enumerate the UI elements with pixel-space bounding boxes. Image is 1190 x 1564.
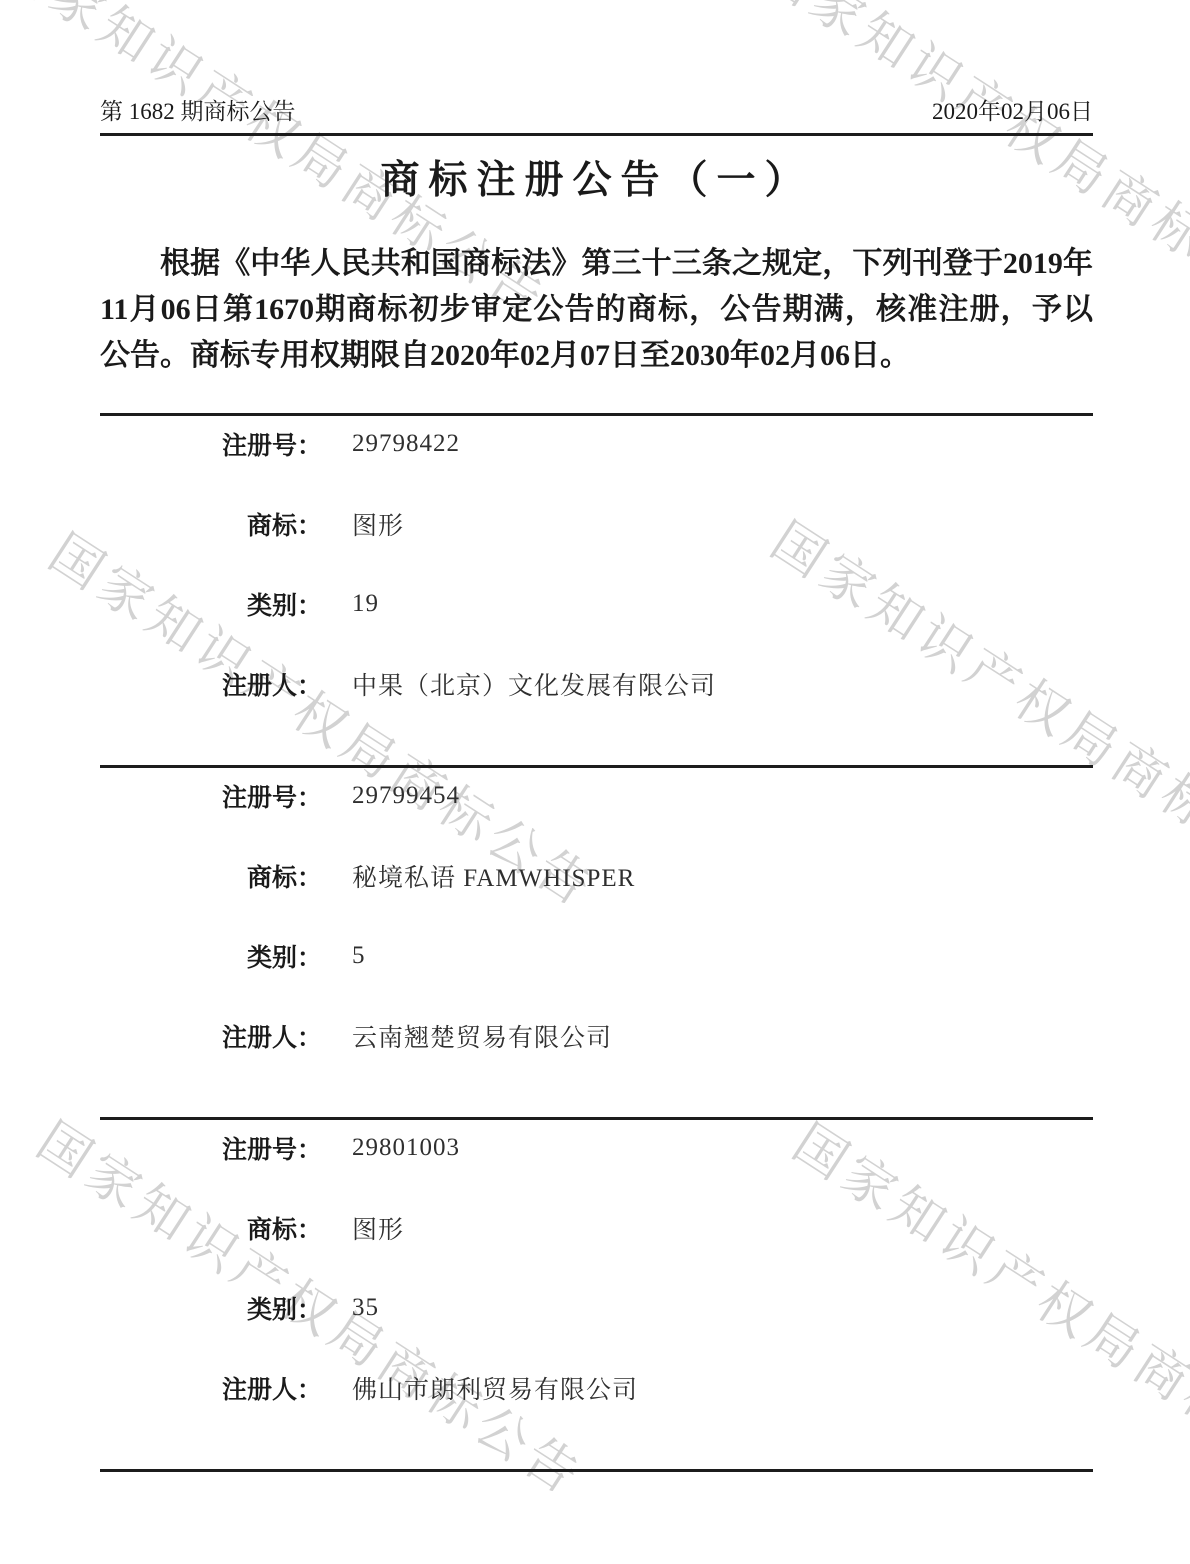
intro-paragraph: 根据《中华人民共和国商标法》第三十三条之规定，下列刊登于2019年 11月06日… bbox=[100, 241, 1093, 379]
field-row: 商标： 图形 bbox=[100, 1213, 1093, 1243]
field-label-mark: 商标： bbox=[100, 858, 322, 894]
registrant-value: 中果（北京）文化发展有限公司 bbox=[352, 666, 716, 702]
field-label-registrant: 注册人： bbox=[100, 1370, 322, 1406]
page-content: 第 1682 期商标公告 2020年02月06日 商标注册公告（一） 根据《中华… bbox=[0, 0, 1190, 1472]
trademark-name-value: 秘境私语 FAMWHISPER bbox=[352, 858, 635, 894]
registration-number-value: 29798422 bbox=[352, 430, 460, 458]
gazette-issue-label: 第 1682 期商标公告 bbox=[100, 99, 296, 125]
field-row: 注册号： 29801003 bbox=[100, 1133, 1093, 1163]
field-label-class: 类别： bbox=[100, 1290, 322, 1326]
gazette-page: { "page": { "background": "#ffffff", "te… bbox=[0, 0, 1190, 1564]
registration-number-value: 29799454 bbox=[352, 782, 460, 810]
registrant-value: 佛山市朗利贸易有限公司 bbox=[352, 1370, 638, 1406]
registration-number-value: 29801003 bbox=[352, 1134, 460, 1162]
field-row: 商标： 秘境私语 FAMWHISPER bbox=[100, 861, 1093, 891]
header-rule bbox=[100, 133, 1093, 136]
intro-line: 根据《中华人民共和国商标法》第三十三条之规定，下列刊登于2019年 bbox=[100, 241, 1093, 287]
field-label-mark: 商标： bbox=[100, 1210, 322, 1246]
field-row: 注册人： 中果（北京）文化发展有限公司 bbox=[100, 669, 1093, 699]
field-row: 类别： 5 bbox=[100, 941, 1093, 971]
records-list: 注册号： 29798422 商标： 图形 类别： 19 注册人： 中果（北京）文… bbox=[100, 413, 1093, 1472]
field-row: 类别： 19 bbox=[100, 589, 1093, 619]
intro-line: 11月06日第1670期商标初步审定公告的商标，公告期满，核准注册，予以 bbox=[100, 287, 1093, 333]
field-label-mark: 商标： bbox=[100, 506, 322, 542]
field-row: 注册号： 29798422 bbox=[100, 429, 1093, 459]
intro-line: 公告。商标专用权期限自2020年02月07日至2030年02月06日。 bbox=[100, 333, 1093, 379]
closing-rule bbox=[100, 1469, 1093, 1472]
gazette-date: 2020年02月06日 bbox=[932, 99, 1093, 125]
page-title: 商标注册公告（一） bbox=[100, 156, 1093, 206]
field-row: 类别： 35 bbox=[100, 1293, 1093, 1323]
field-row: 注册人： 云南翘楚贸易有限公司 bbox=[100, 1021, 1093, 1051]
registrant-value: 云南翘楚贸易有限公司 bbox=[352, 1018, 612, 1054]
page-header: 第 1682 期商标公告 2020年02月06日 bbox=[100, 0, 1093, 125]
field-row: 商标： 图形 bbox=[100, 509, 1093, 539]
record-block: 注册号： 29799454 商标： 秘境私语 FAMWHISPER 类别： 5 … bbox=[100, 765, 1093, 1117]
field-label-registrant: 注册人： bbox=[100, 1018, 322, 1054]
class-value: 35 bbox=[352, 1294, 379, 1322]
field-label-class: 类别： bbox=[100, 586, 322, 622]
class-value: 19 bbox=[352, 590, 379, 618]
class-value: 5 bbox=[352, 942, 366, 970]
field-label-class: 类别： bbox=[100, 938, 322, 974]
trademark-name-value: 图形 bbox=[352, 1210, 404, 1246]
field-label-reg-no: 注册号： bbox=[100, 426, 322, 462]
record-block: 注册号： 29801003 商标： 图形 类别： 35 注册人： 佛山市朗利贸易… bbox=[100, 1117, 1093, 1469]
field-row: 注册人： 佛山市朗利贸易有限公司 bbox=[100, 1373, 1093, 1403]
field-row: 注册号： 29799454 bbox=[100, 781, 1093, 811]
field-label-reg-no: 注册号： bbox=[100, 778, 322, 814]
trademark-name-value: 图形 bbox=[352, 506, 404, 542]
record-block: 注册号： 29798422 商标： 图形 类别： 19 注册人： 中果（北京）文… bbox=[100, 413, 1093, 765]
field-label-registrant: 注册人： bbox=[100, 666, 322, 702]
field-label-reg-no: 注册号： bbox=[100, 1130, 322, 1166]
